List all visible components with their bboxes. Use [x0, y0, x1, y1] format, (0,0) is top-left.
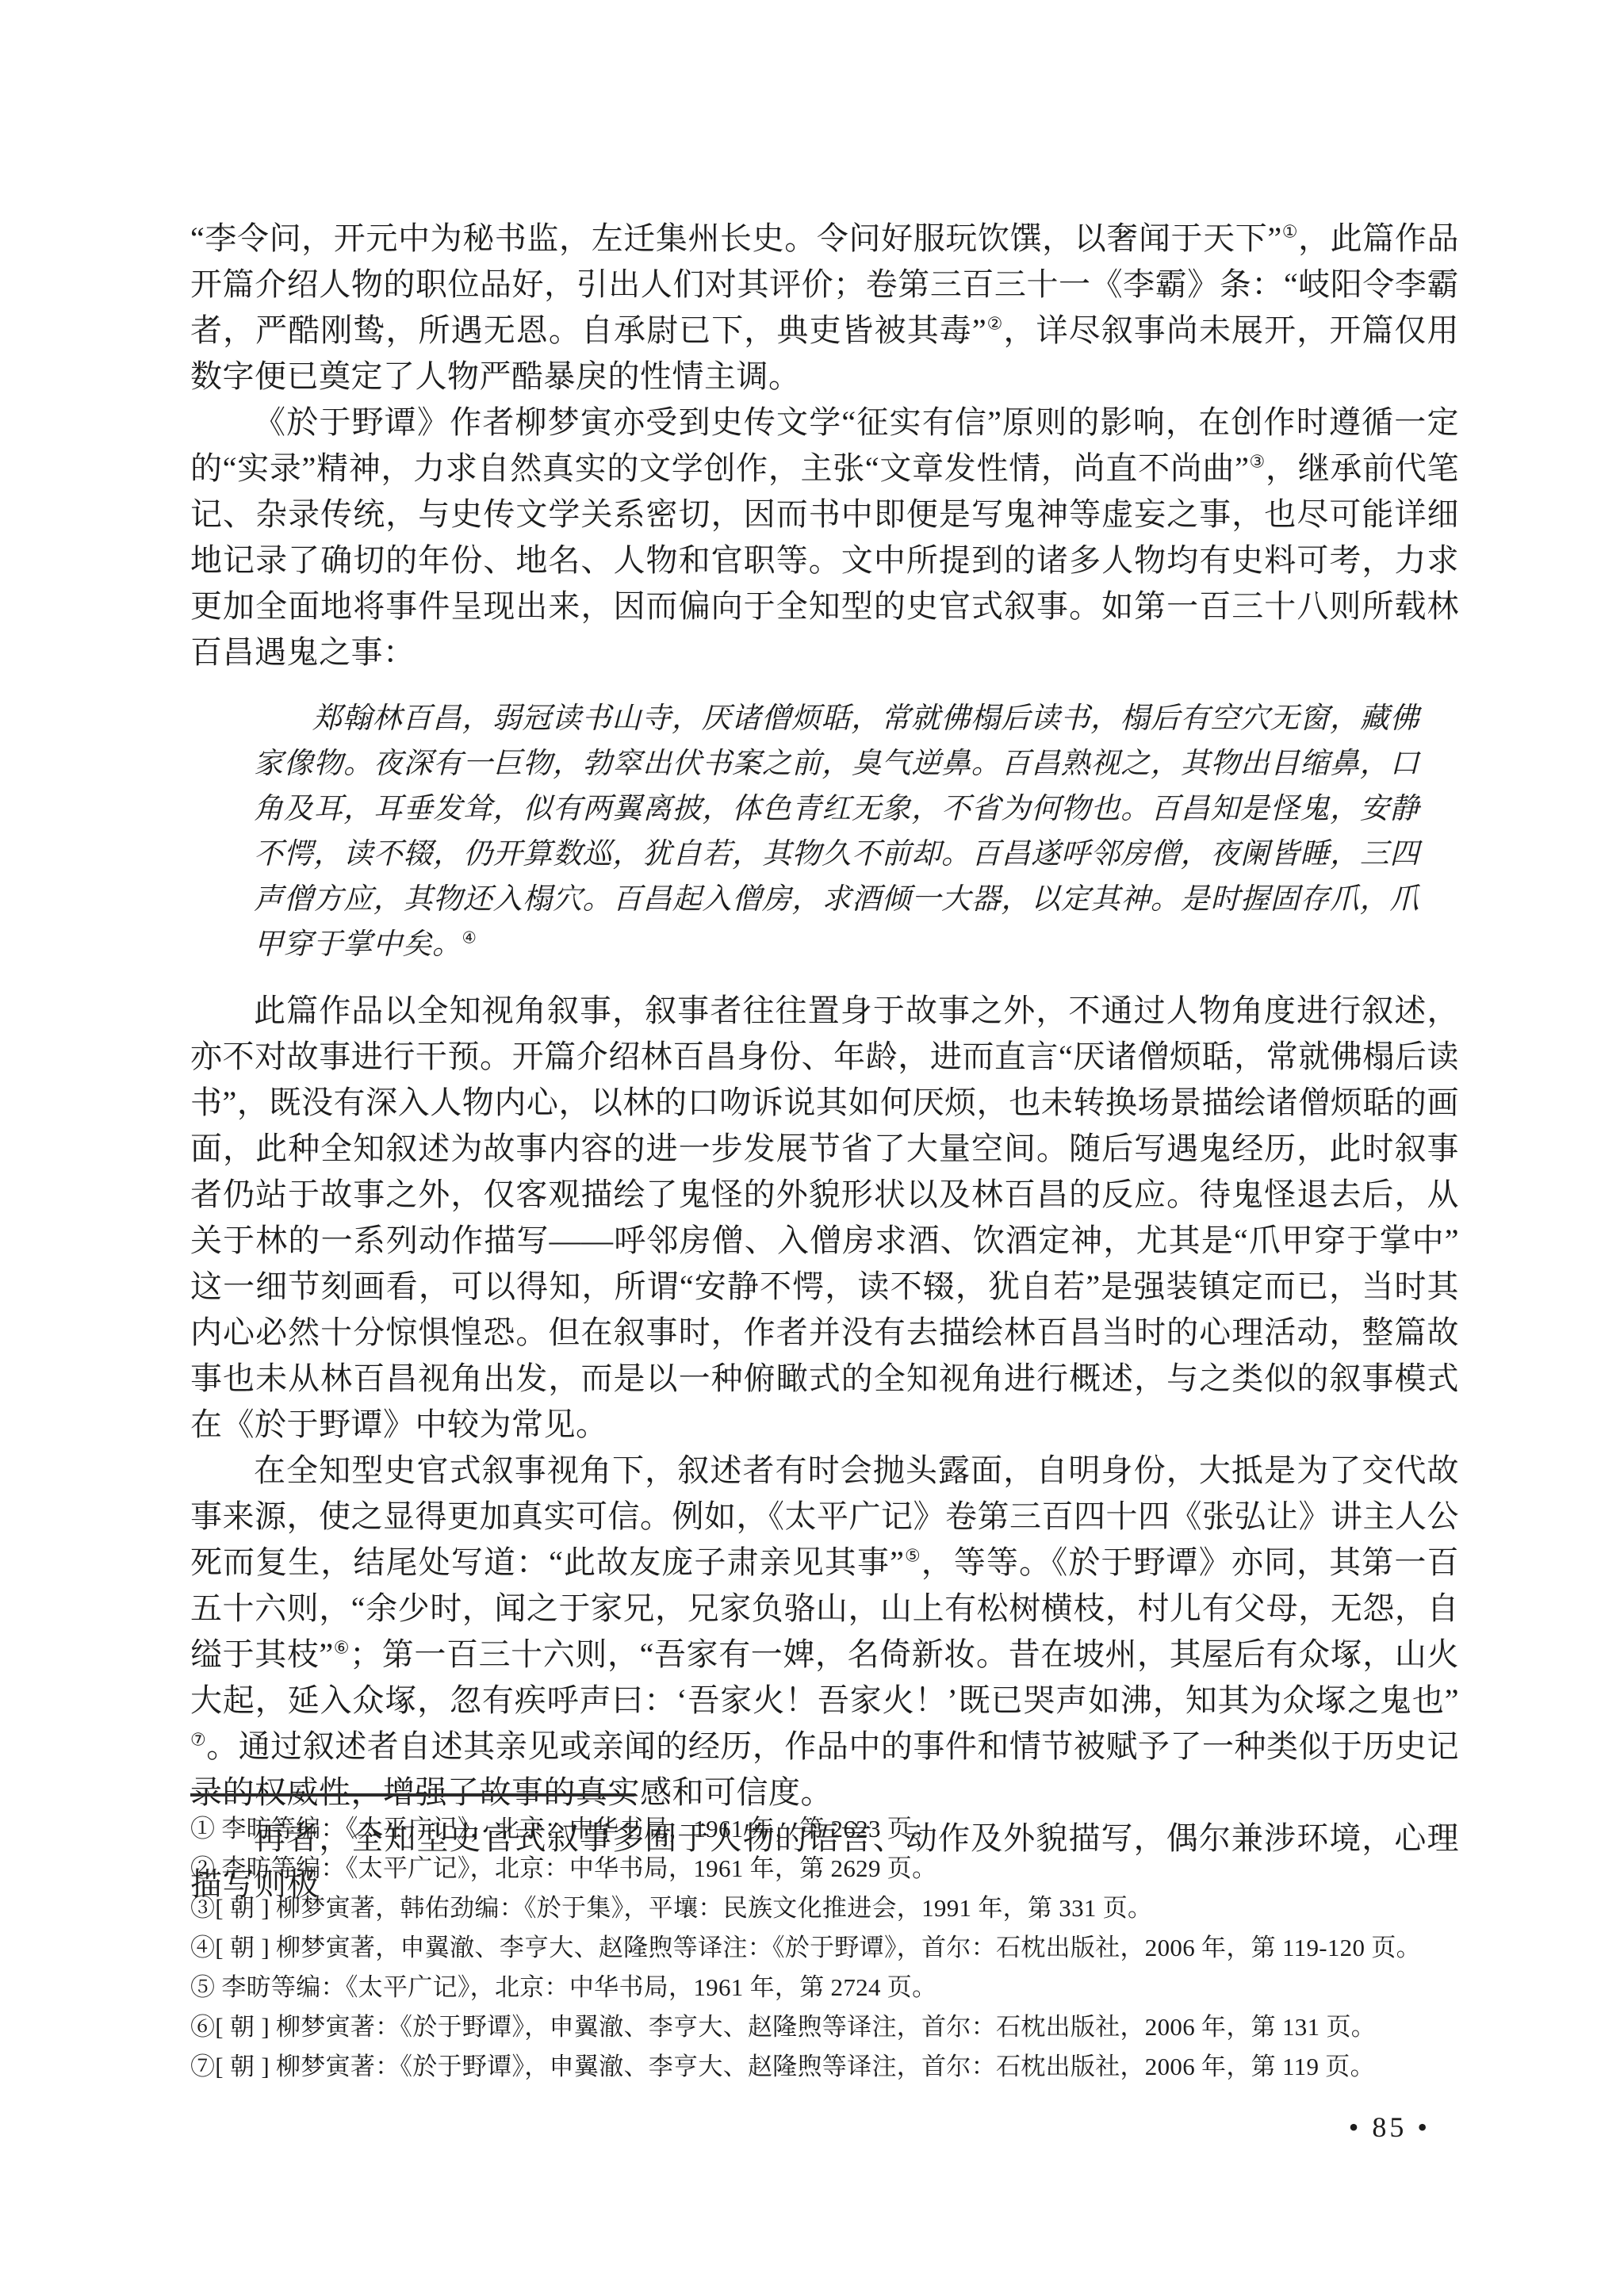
footnote-reference: ⑦ — [190, 1730, 206, 1750]
footnote-1: ① 李昉等编：《太平广记》，北京：中华书局，1961 年，第 2623 页。 — [190, 1809, 1538, 1849]
paragraph-1: “李令问，开元中为秘书监，左迁集州长史。令问好服玩饮馔，以奢闻于天下”①，此篇作… — [190, 216, 1459, 400]
paragraph-2: 《於于野谭》作者柳梦寅亦受到史传文学“征实有信”原则的影响，在创作时遵循一定的“… — [190, 400, 1459, 675]
footnote-6: ⑥[ 朝 ] 柳梦寅著：《於于野谭》，申翼澈、李亨大、赵隆煦等译注，首尔：石枕出… — [190, 2007, 1538, 2047]
footnote-2: ② 李昉等编：《太平广记》，北京：中华书局，1961 年，第 2629 页。 — [190, 1849, 1538, 1888]
paragraph-3: 此篇作品以全知视角叙事，叙事者往往置身于故事之外，不通过人物角度进行叙述，亦不对… — [190, 988, 1459, 1448]
footnotes-section: ① 李昉等编：《太平广记》，北京：中华书局，1961 年，第 2623 页。 ②… — [190, 1793, 1538, 2087]
footnote-separator-rule — [190, 1793, 634, 1797]
footnote-reference: ② — [986, 314, 1003, 334]
document-page: “李令问，开元中为秘书监，左迁集州长史。令问好服玩饮馔，以奢闻于天下”①，此篇作… — [0, 0, 1624, 2296]
footnote-reference: ⑤ — [904, 1546, 921, 1566]
footnote-3: ③[ 朝 ] 柳梦寅著，韩佑劲编：《於于集》，平壤：民族文化推进会，1991 年… — [190, 1888, 1538, 1928]
footnote-7: ⑦[ 朝 ] 柳梦寅著：《於于野谭》，申翼澈、李亨大、赵隆煦等译注，首尔：石枕出… — [190, 2047, 1538, 2087]
footnote-5: ⑤ 李昉等编：《太平广记》，北京：中华书局，1961 年，第 2724 页。 — [190, 1968, 1538, 2007]
footnote-reference: ⑥ — [334, 1638, 350, 1658]
paragraph-4: 在全知型史官式叙事视角下，叙述者有时会抛头露面，自明身份，大抵是为了交代故事来源… — [190, 1448, 1459, 1816]
footnote-reference: ④ — [462, 930, 477, 947]
footnote-4: ④[ 朝 ] 柳梦寅著，申翼澈、李亨大、赵隆煦等译注：《於于野谭》，首尔：石枕出… — [190, 1928, 1538, 1968]
footnote-reference: ③ — [1249, 452, 1266, 472]
article-body: “李令问，开元中为秘书监，左迁集州长史。令问好服玩饮馔，以奢闻于天下”①，此篇作… — [190, 216, 1459, 1908]
page-number: • 85 • — [1349, 2110, 1431, 2144]
footnote-reference: ① — [1282, 222, 1298, 242]
block-quote: 郑翰林百昌，弱冠读书山寺，厌诸僧烦聒，常就佛榻后读书，榻后有空穴无窗，藏佛家像物… — [254, 696, 1419, 967]
